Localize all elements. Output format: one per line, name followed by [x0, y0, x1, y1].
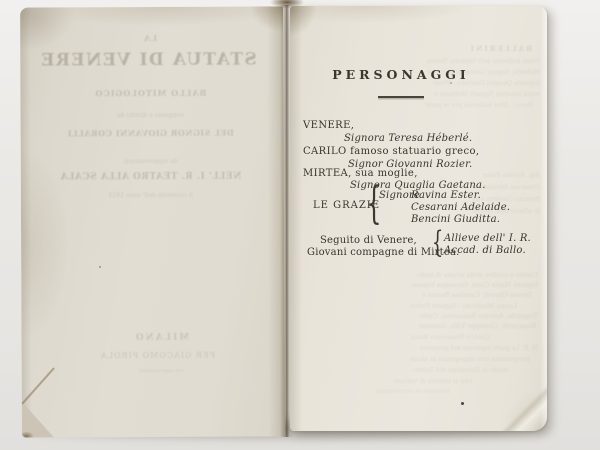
bleedthrough-text: Signore Maria Conti, Giuseppa Vigano,	[303, 281, 539, 289]
bleedthrough-text: composto e diretto da	[31, 111, 271, 119]
left-page: LASTATUA DI VENEREBALLO MITOLOGICOcompos…	[20, 6, 285, 437]
bleedthrough-text: Trigambi, Antonio Ramaccini, Carlo	[300, 312, 538, 320]
bleedthrough-text: Primi ballerini seri Signora Teresa	[340, 57, 540, 65]
ink-speck	[461, 402, 464, 405]
ensemble-note: Accad. di Ballo.	[444, 245, 526, 256]
title-rule	[378, 96, 424, 98]
group-brace: {	[366, 182, 381, 226]
open-book-photo: LASTATUA DI VENEREBALLO MITOLOGICOcompos…	[0, 0, 600, 450]
bleedthrough-text: che si riserva di variare	[336, 377, 472, 385]
bleedthrough-text: da rappresentarsi	[31, 157, 271, 165]
dog-ear-crease	[21, 367, 54, 404]
bleedthrough-text: BALLERINI	[450, 44, 532, 53]
bleedthrough-text: Teresa Olivieri, Carolina Baroni e	[308, 291, 532, 299]
cast-role: VENERE,	[303, 120, 354, 131]
ensemble-note: Allieve dell' I. R.	[444, 233, 531, 244]
corner-crease	[483, 377, 547, 431]
bleedthrough-text: N. B. Le parti espresse nel presente	[300, 344, 538, 352]
ensemble-line: Seguito di Venere,	[320, 235, 417, 246]
bleedthrough-text: PER GIACOMO PIROLA	[38, 350, 278, 360]
bleedthrough-text: con approvazione	[42, 367, 282, 374]
cast-group-member: Bencini Giuditta.	[411, 214, 500, 225]
bleedthrough-text: programma non impegnano in alcun	[300, 355, 530, 363]
bleedthrough-text: BALLO MITOLOGICO	[30, 87, 270, 98]
bleedthrough-text: LA	[30, 32, 270, 43]
bleedthrough-text: secondo le circostanze	[348, 387, 450, 395]
bleedthrough-text: Bocci - Altri ballerini per le parti	[335, 101, 533, 109]
cast-role: CARILO famoso statuario greco,	[303, 146, 479, 157]
bleedthrough-text: DEL SIGNOR GIOVANNI CORALLI	[31, 127, 271, 138]
cast-role: MIRTEA, sua moglie,	[303, 168, 418, 179]
ink-speck	[450, 82, 452, 84]
left-page-bleedthrough-layer: LASTATUA DI VENEREBALLO MITOLOGICOcompos…	[20, 6, 283, 7]
bleedthrough-text: Bianciardi, Giuseppe Villa, Gaetano	[300, 322, 536, 330]
right-page: BALLERINIPrimi ballerini seri Signora Te…	[290, 6, 547, 431]
cast-group-member: Ravina Ester.	[411, 190, 481, 201]
bleedthrough-text: MILANO	[41, 332, 281, 343]
corner-stain	[20, 407, 49, 437]
page-title: PERSONAGGI	[290, 67, 512, 82]
bleedthrough-text: Sig. Ravina Ester	[468, 171, 540, 179]
bleedthrough-text: il carnevale dell' anno 1823	[31, 191, 271, 199]
bleedthrough-text: Luigia Monticini - Signori Pietro	[325, 302, 517, 310]
bleedthrough-text: NELL' I. R. TEATRO ALLA SCALA	[31, 171, 271, 182]
bleedthrough-text: STATUA DI VENERE	[28, 49, 268, 70]
bleedthrough-text: Corifei e corifee della scuola di ballo	[308, 271, 538, 279]
ensemble-brace: {	[432, 228, 443, 258]
cast-performer: Signora Teresa Héberlé.	[344, 133, 472, 144]
bleedthrough-text: Croci e Francesco Rossi	[318, 333, 490, 341]
cast-group-member: Cesarani Adelaide.	[411, 202, 510, 213]
bleedthrough-text: mimi assoluti Signori Molinari e	[340, 90, 540, 98]
ink-speck	[99, 266, 101, 268]
bleedthrough-text: modo la Direzione del Teatro	[308, 366, 508, 374]
